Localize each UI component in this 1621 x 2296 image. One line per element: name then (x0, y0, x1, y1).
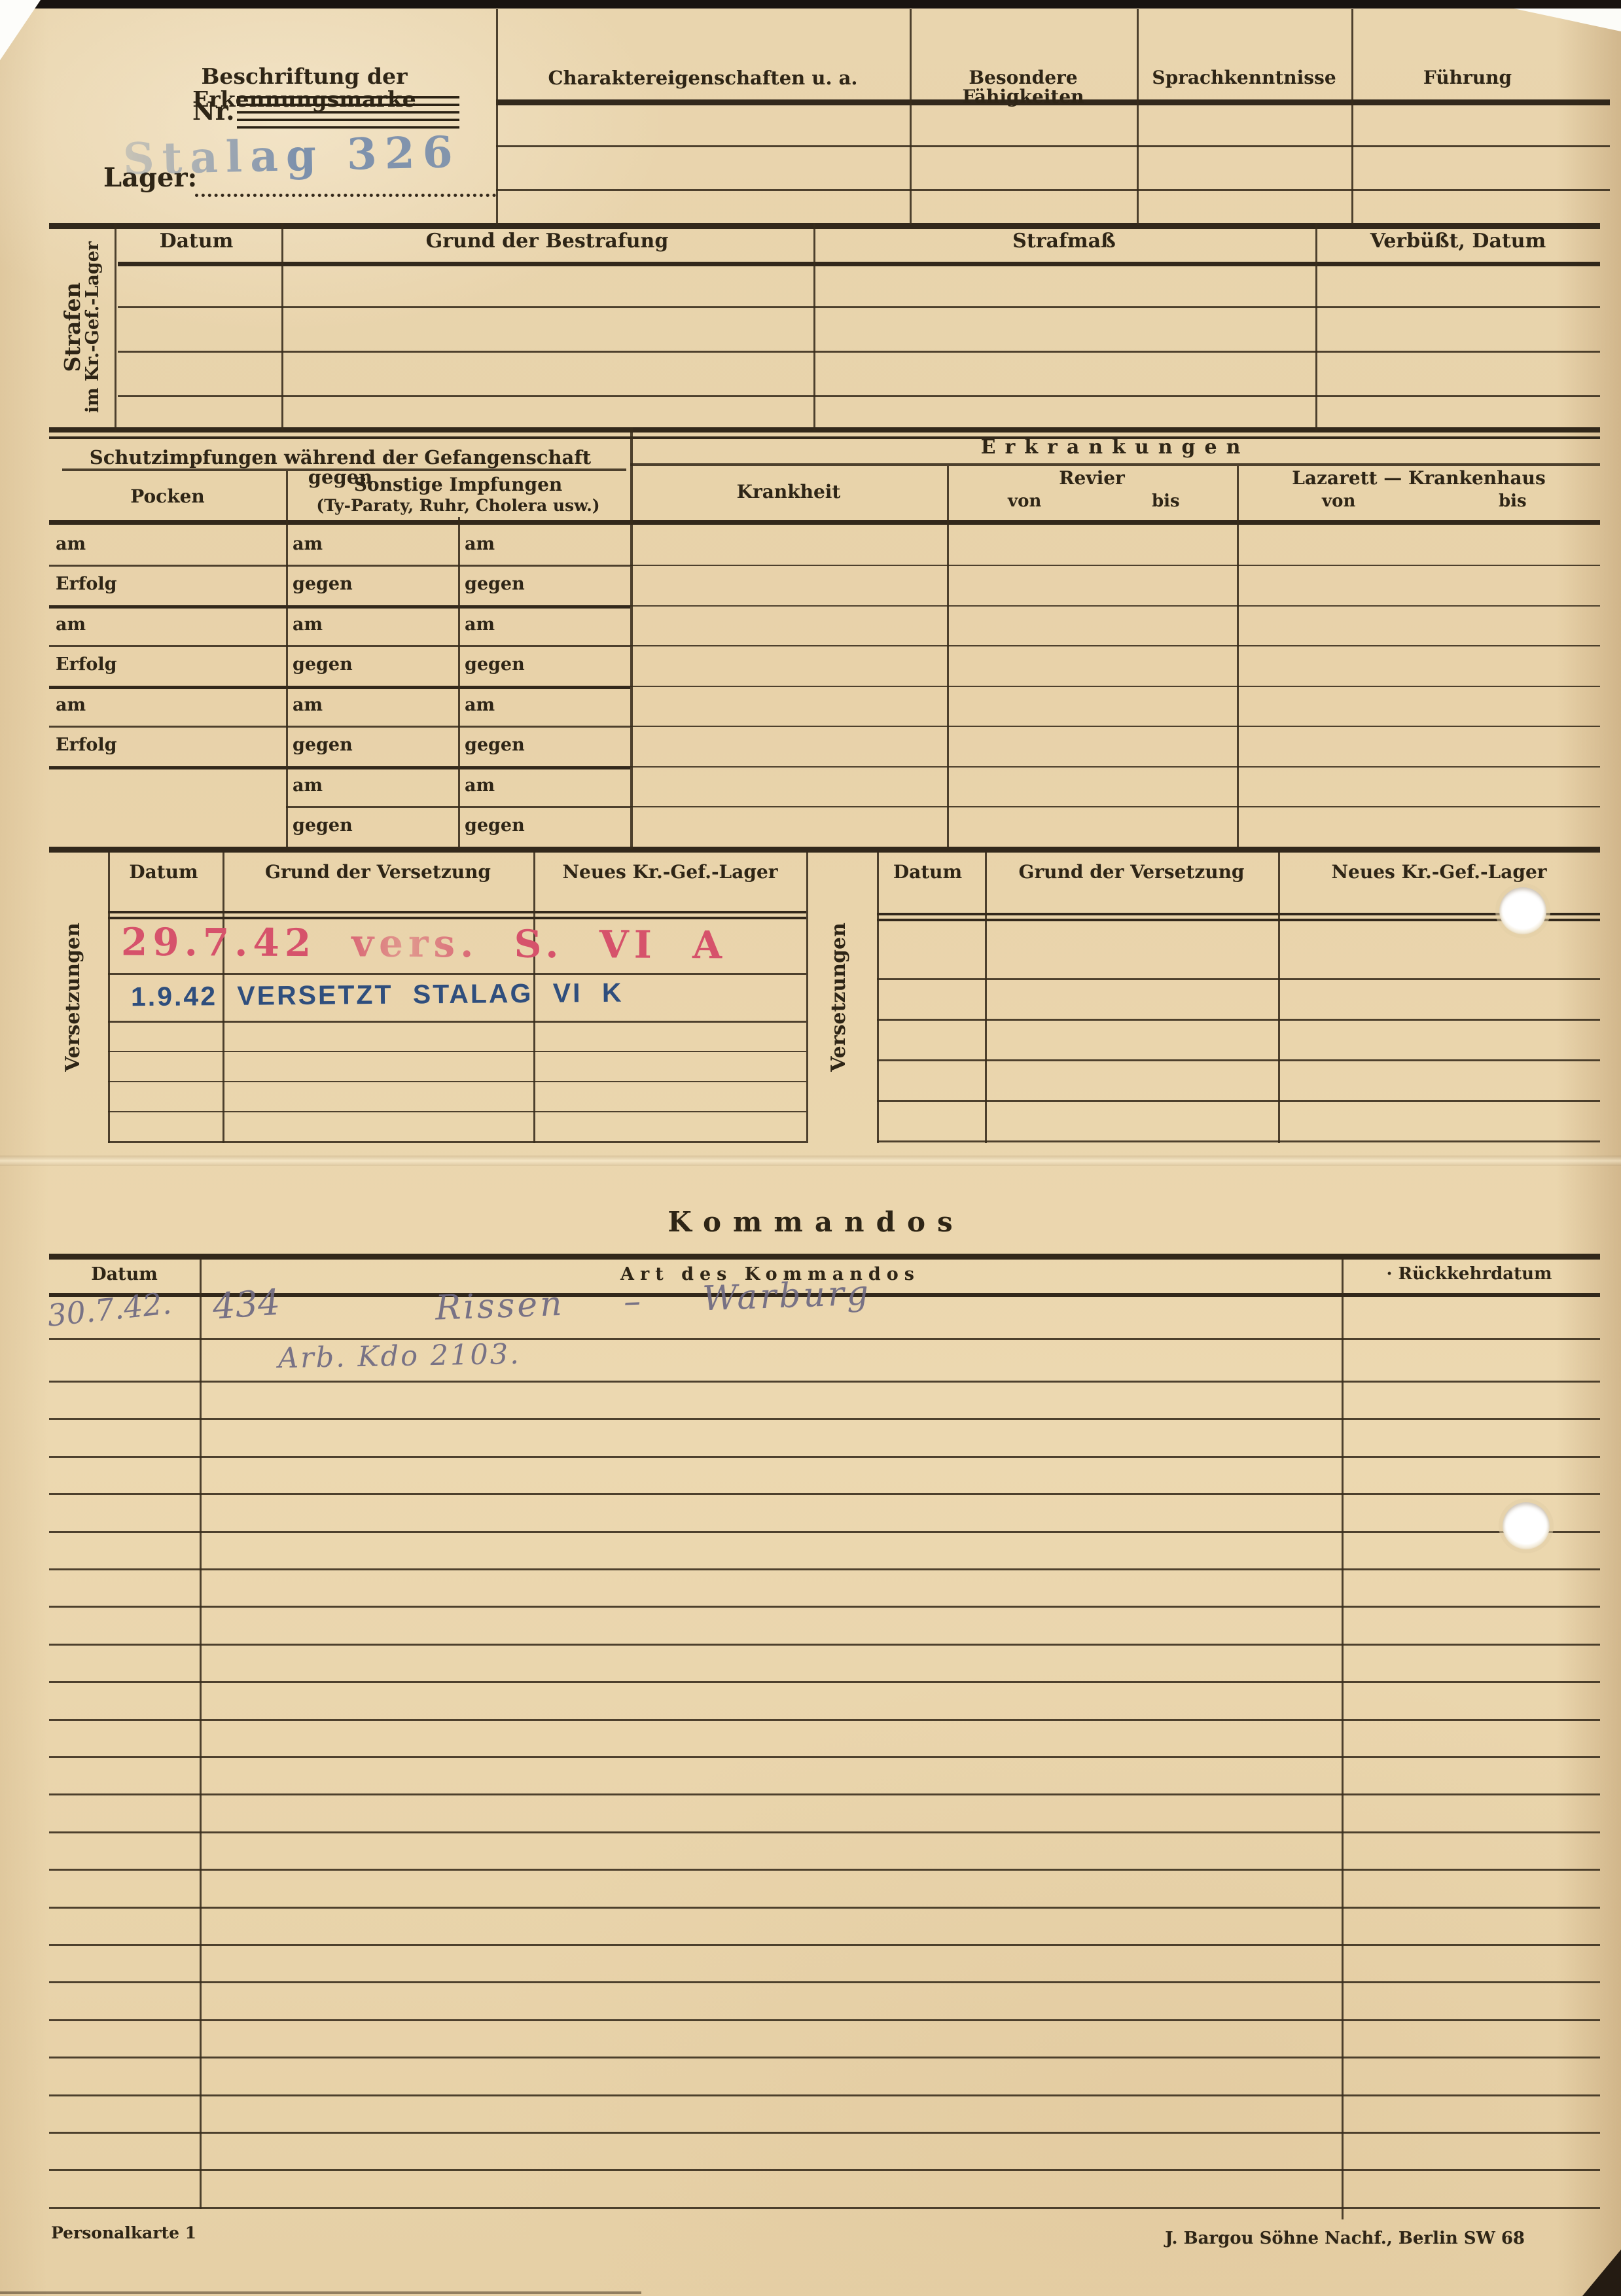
vaccination-row-label: am (293, 777, 323, 795)
vaccination-row-label: Erfolg (56, 575, 117, 593)
vaccination-row-label: gegen (293, 817, 353, 835)
vaccination-row-label: am (465, 696, 495, 715)
vaccination-row-label: gegen (293, 575, 353, 593)
scan-edge-bottom (0, 2291, 641, 2294)
vaccination-row-label: am (56, 535, 86, 554)
vaccination-row-label: am (56, 616, 86, 634)
vaccination-row-label: am (465, 777, 495, 795)
vaccination-row-label: Erfolg (56, 656, 117, 674)
vaccination-row-label: am (56, 696, 86, 715)
vaccination-row-label: gegen (465, 575, 525, 593)
vaccination-row-label: gegen (465, 656, 525, 674)
scan-edge-top (0, 0, 1621, 9)
vaccination-row-label: Erfolg (56, 736, 117, 754)
transfer-stamp-blue: 1.9.42 VERSETZT STALAG VI K (131, 978, 624, 1013)
vaccination-row-label: am (293, 616, 323, 634)
kommando-entry-number: 434 (211, 1281, 281, 1327)
vaccination-row-label: am (293, 696, 323, 715)
kommando-entry-arbeitskommando: Arb. Kdo 2103. (278, 1338, 522, 1375)
punch-hole-top (1499, 887, 1546, 934)
vaccination-row-label: am (293, 535, 323, 554)
vaccination-row-label: gegen (465, 817, 525, 835)
vaccination-row-label: gegen (293, 656, 353, 674)
transfer-stamp-red: 29.7.42 vers. S. VI A (121, 920, 727, 968)
pow-personnel-card-back: Beschriftung der Erkennungsmarke Nr. Lag… (0, 0, 1621, 2296)
stalag-326-camp-stamp: Stalag 326 (122, 126, 490, 185)
vaccination-row-label: gegen (293, 736, 353, 754)
vaccination-row-label: gegen (465, 736, 525, 754)
vaccination-row-label: am (465, 616, 495, 634)
punch-hole-bottom (1503, 1502, 1550, 1549)
vaccination-row-label: am (465, 535, 495, 554)
generated-labels-layer: amamamErfolggegengegenamamamErfolggegeng… (0, 0, 1621, 2296)
